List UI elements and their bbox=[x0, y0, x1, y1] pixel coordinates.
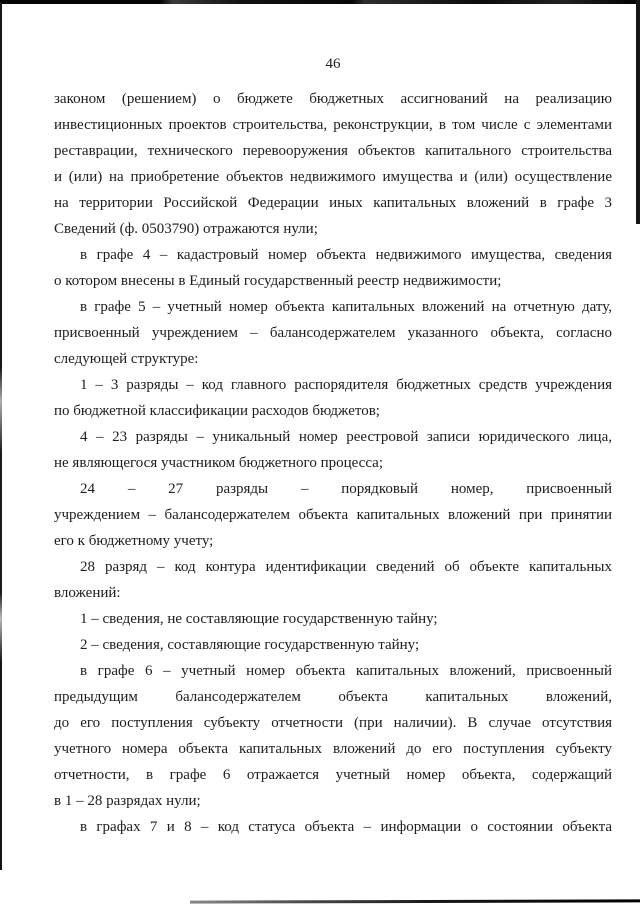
text-line: на территории Российской Федерации иных … bbox=[54, 190, 612, 216]
scan-edge-right bbox=[636, 0, 640, 224]
text-line: в графе 4 – кадастровый номер объекта не… bbox=[54, 242, 612, 268]
scan-edge-top bbox=[0, 0, 640, 4]
text-line: реставрации, технического перевооружения… bbox=[54, 138, 612, 164]
document-body: законом (решением) о бюджете бюджетных а… bbox=[54, 86, 612, 840]
text-line: в графе 5 – учетный номер объекта капита… bbox=[54, 294, 612, 320]
text-line: 2 – сведения, составляющие государственн… bbox=[54, 632, 612, 658]
text-line: следующей структуре: bbox=[54, 346, 612, 372]
text-line: 28 разряд – код контура идентификации св… bbox=[54, 554, 612, 580]
scan-edge-left bbox=[0, 2, 2, 870]
text-line: 24 – 27 разряды – порядковый номер, прис… bbox=[54, 476, 612, 502]
text-line: присвоенный учреждением – балансодержате… bbox=[54, 320, 612, 346]
text-line: о котором внесены в Единый государственн… bbox=[54, 268, 612, 294]
text-line: Сведений (ф. 0503790) отражаются нули; bbox=[54, 216, 612, 242]
text-line: не являющегося участником бюджетного про… bbox=[54, 450, 612, 476]
text-line: учетного номера объекта капитальных влож… bbox=[54, 736, 612, 762]
text-line: и (или) на приобретение объектов недвижи… bbox=[54, 164, 612, 190]
text-line: в 1 – 28 разрядах нули; bbox=[54, 788, 612, 814]
document-page: 46 законом (решением) о бюджете бюджетны… bbox=[0, 0, 640, 905]
text-line: 1 – 3 разряды – код главного распорядите… bbox=[54, 372, 612, 398]
text-line: отчетности, в графе 6 отражается учетный… bbox=[54, 762, 612, 788]
text-line: законом (решением) о бюджете бюджетных а… bbox=[54, 86, 612, 112]
text-line: в графах 7 и 8 – код статуса объекта – и… bbox=[54, 814, 612, 840]
text-line: вложений: bbox=[54, 580, 612, 606]
text-line: инвестиционных проектов строительства, р… bbox=[54, 112, 612, 138]
page-number: 46 bbox=[54, 55, 612, 74]
text-line: 4 – 23 разряды – уникальный номер реестр… bbox=[54, 424, 612, 450]
text-line: 1 – сведения, не составляющие государств… bbox=[54, 606, 612, 632]
text-line: предыдущим балансодержателем объекта кап… bbox=[54, 684, 612, 710]
text-line: по бюджетной классификации расходов бюдж… bbox=[54, 398, 612, 424]
scan-edge-bottom bbox=[190, 899, 640, 903]
text-line: его к бюджетному учету; bbox=[54, 528, 612, 554]
text-line: в графе 6 – учетный номер объекта капита… bbox=[54, 658, 612, 684]
text-line: до его поступления субъекту отчетности (… bbox=[54, 710, 612, 736]
text-line: учреждением – балансодержателем объекта … bbox=[54, 502, 612, 528]
